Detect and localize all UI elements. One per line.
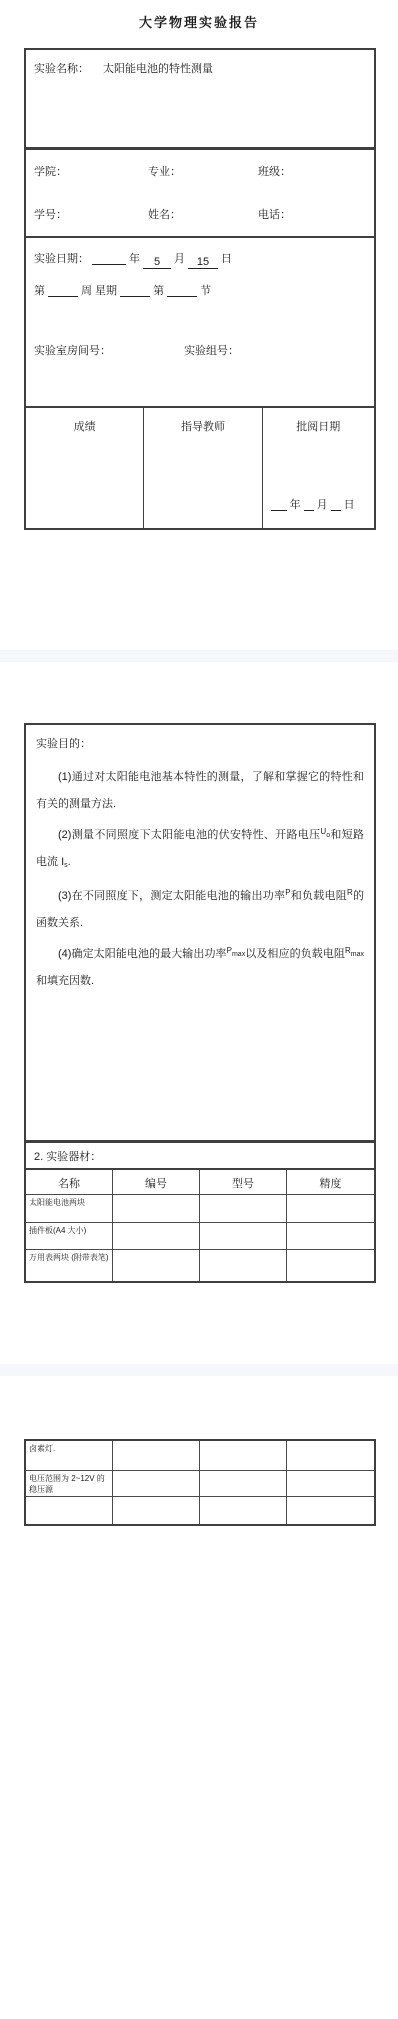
week-session-line: 第周 星期第节 <box>34 282 211 298</box>
name-label: 姓名： <box>148 206 181 222</box>
room-group-line: 实验室房间号： 实验组号： <box>34 342 239 358</box>
eq-cell-model[interactable] <box>200 1250 287 1281</box>
eq-cell-number[interactable] <box>113 1471 200 1496</box>
week-unit: 周 星期 <box>81 285 117 297</box>
session-unit: 节 <box>200 285 211 297</box>
purpose-item-1: (1)通过对太阳能电池基本特性的测量，了解和掌握它的特性和有关的测量方法. <box>36 764 364 818</box>
eq-cell-number[interactable] <box>113 1223 200 1249</box>
eq-cell-name: 插件板(A4 大小) <box>26 1223 113 1249</box>
eq-header-name: 名称 <box>26 1170 113 1194</box>
experiment-name-label: 实验名称： <box>34 63 89 75</box>
experiment-name-row: 实验名称：太阳能电池的特性测量 <box>26 50 374 150</box>
eq-cell-precision[interactable] <box>287 1497 374 1524</box>
student-info-section: 学院： 专业： 班级： 学号： 姓名： 电话： <box>26 150 374 238</box>
equipment-row-solar-cell: 太阳能电池两块 <box>26 1195 374 1223</box>
college-label: 学院： <box>34 163 67 179</box>
month-unit: 月 <box>174 253 185 265</box>
cover-form: 实验名称：太阳能电池的特性测量 学院： 专业： 班级： 学号： 姓名： 电话： … <box>24 48 376 530</box>
eq-cell-number[interactable] <box>113 1497 200 1524</box>
grade-table: 成绩 指导教师 批阅日期 年月日 <box>26 408 374 528</box>
equipment-heading-row: 2. 实验器材： <box>26 1143 374 1170</box>
lab-room-label: 实验室房间号： <box>34 345 111 357</box>
grade-header-score: 成绩 <box>74 421 96 433</box>
eq-cell-precision[interactable] <box>287 1250 374 1281</box>
equipment-heading: 2. 实验器材： <box>34 1151 101 1163</box>
eq-cell-model[interactable] <box>200 1223 287 1249</box>
eq-cell-precision[interactable] <box>287 1223 374 1249</box>
eq-cell-number[interactable] <box>113 1195 200 1222</box>
equipment-row-empty <box>26 1497 374 1524</box>
student-id-label: 学号： <box>34 206 67 222</box>
week-value-blank[interactable] <box>48 283 78 297</box>
review-date-blank[interactable]: 年月日 <box>268 496 355 512</box>
purpose-item-2: (2)测量不同照度下太阳能电池的伏安特性、开路电压Uo和短路电流 Is. <box>36 818 364 879</box>
grade-cell-review-date[interactable]: 批阅日期 年月日 <box>263 408 374 528</box>
equipment-row-board: 插件板(A4 大小) <box>26 1223 374 1250</box>
purpose-item-3: (3)在不同照度下，测定太阳能电池的输出功率P和负载电阻R的函数关系. <box>36 879 364 937</box>
year-unit: 年 <box>129 253 140 265</box>
equipment-row-multimeter: 万用表两块 (附带表笔) <box>26 1250 374 1281</box>
grade-cell-score[interactable]: 成绩 <box>26 408 144 528</box>
purpose-section: 实验目的： (1)通过对太阳能电池基本特性的测量，了解和掌握它的特性和有关的测量… <box>26 725 374 1143</box>
session-value-blank[interactable] <box>167 283 197 297</box>
month-value-blank[interactable]: 5 <box>143 255 171 269</box>
eq-header-number: 编号 <box>113 1170 200 1194</box>
eq-cell-name: 电压范围为 2~12V 的稳压源 <box>26 1471 113 1496</box>
page-separator-1 <box>0 650 398 662</box>
purpose-heading: 实验目的： <box>36 731 364 758</box>
eq-cell-precision[interactable] <box>287 1471 374 1496</box>
eq-cell-name: 卤素灯. <box>26 1441 113 1470</box>
grade-cell-teacher[interactable]: 指导教师 <box>144 408 262 528</box>
eq-header-precision: 精度 <box>287 1170 374 1194</box>
date-section: 实验日期：年5月15日 第周 星期第节 实验室房间号： 实验组号： <box>26 238 374 408</box>
group-number-label: 实验组号： <box>184 345 239 357</box>
eq-cell-model[interactable] <box>200 1195 287 1222</box>
day-unit: 日 <box>221 253 232 265</box>
eq-cell-name: 万用表两块 (附带表笔) <box>26 1250 113 1281</box>
eq-cell-model[interactable] <box>200 1497 287 1524</box>
week-prefix: 第 <box>34 285 45 297</box>
experiment-name-value: 太阳能电池的特性测量 <box>103 63 213 75</box>
phone-label: 电话： <box>258 206 291 222</box>
session-prefix: 第 <box>153 285 164 297</box>
eq-cell-number[interactable] <box>113 1250 200 1281</box>
equipment-table-header: 名称 编号 型号 精度 <box>26 1170 374 1195</box>
page-separator-2 <box>0 1364 398 1376</box>
purpose-item-4: (4)确定太阳能电池的最大输出功率Pmax以及相应的负载电阻Rmax和填充因数. <box>36 937 364 995</box>
document-title: 大学物理实验报告 <box>0 12 398 31</box>
eq-cell-precision[interactable] <box>287 1195 374 1222</box>
class-label: 班级： <box>258 163 291 179</box>
eq-header-model: 型号 <box>200 1170 287 1194</box>
day-value-blank[interactable]: 15 <box>188 255 218 269</box>
grade-header-review-date: 批阅日期 <box>296 421 340 433</box>
date-label: 实验日期： <box>34 253 89 265</box>
grade-header-teacher: 指导教师 <box>181 421 225 433</box>
eq-cell-name: 太阳能电池两块 <box>26 1195 113 1222</box>
eq-cell-precision[interactable] <box>287 1441 374 1470</box>
experiment-date-line: 实验日期：年5月15日 <box>34 250 232 269</box>
eq-cell-model[interactable] <box>200 1471 287 1496</box>
weekday-value-blank[interactable] <box>120 283 150 297</box>
purpose-equipment-form: 实验目的： (1)通过对太阳能电池基本特性的测量，了解和掌握它的特性和有关的测量… <box>24 723 376 1283</box>
equipment-row-power-supply: 电压范围为 2~12V 的稳压源 <box>26 1471 374 1497</box>
eq-cell-name[interactable] <box>26 1497 113 1524</box>
equipment-row-halogen-lamp: 卤素灯. <box>26 1441 374 1471</box>
eq-cell-number[interactable] <box>113 1441 200 1470</box>
year-value-blank[interactable] <box>92 251 126 265</box>
document-page: 大学物理实验报告 实验名称：太阳能电池的特性测量 学院： 专业： 班级： 学号：… <box>0 0 398 2019</box>
equipment-table-continued: 卤素灯. 电压范围为 2~12V 的稳压源 <box>24 1439 376 1526</box>
major-label: 专业： <box>148 163 181 179</box>
eq-cell-model[interactable] <box>200 1441 287 1470</box>
